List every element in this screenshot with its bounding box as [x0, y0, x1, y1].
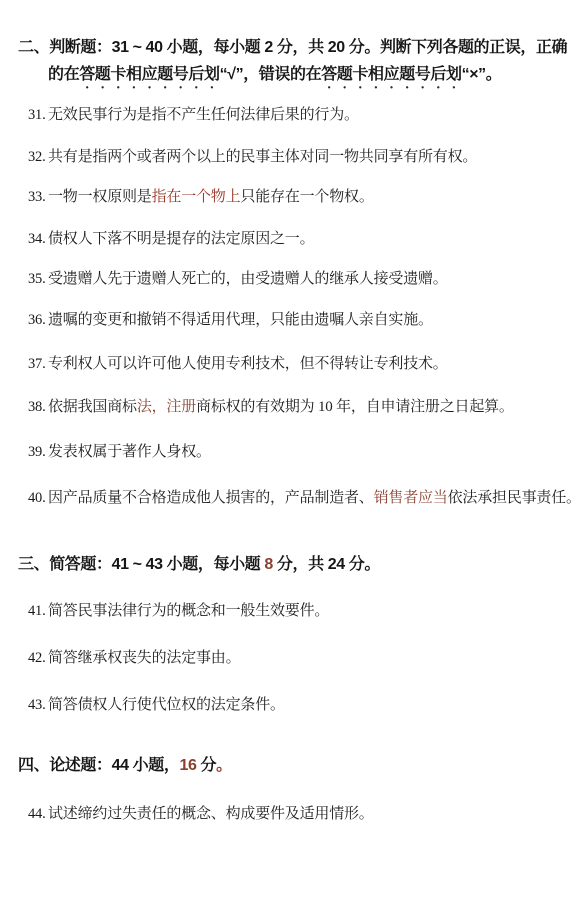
question-number: 35.	[28, 271, 48, 288]
text-segment: 遗嘱的变更和撤销不得适用代理，只能由遗嘱人亲自实施。	[48, 312, 433, 328]
question-text: 债权人下落不明是提存的法定原因之一。	[48, 227, 314, 248]
question-text: 发表权属于著作人身权。	[48, 440, 211, 461]
question-text: 简答债权人行使代位权的法定条件。	[48, 693, 285, 714]
text-segment: 发表权属于著作人身权。	[48, 444, 211, 460]
question-number: 38.	[28, 399, 48, 416]
question-42: 42. 简答继承权丧失的法定事由。	[28, 646, 240, 667]
question-number: 33.	[28, 189, 48, 206]
question-number: 36.	[28, 312, 48, 329]
text-segment: 一物一权原则是	[48, 189, 152, 205]
question-text: 共有是指两个或者两个以上的民事主体对同一物共同享有所有权。	[48, 145, 477, 166]
text-segment: 因产品质量不合格造成他人损害的，产品制造者、	[48, 490, 374, 506]
text-segment: 债权人下落不明是提存的法定原因之一。	[48, 231, 314, 247]
heading-text: 三、简答题：41 ~ 43 小题，每小题	[18, 556, 264, 573]
question-text: 受遗赠人先于遗赠人死亡的，由受遗赠人的继承人接受遗赠。	[48, 267, 448, 288]
question-32: 32. 共有是指两个或者两个以上的民事主体对同一物共同享有所有权。	[28, 145, 477, 166]
question-number: 44.	[28, 806, 48, 823]
question-text: 专利权人可以许可他人使用专利技术，但不得转让专利技术。	[48, 352, 448, 373]
question-37: 37. 专利权人可以许可他人使用专利技术，但不得转让专利技术。	[28, 352, 448, 373]
heading-text: “×”。	[462, 66, 502, 83]
question-number: 39.	[28, 444, 48, 461]
question-number: 32.	[28, 149, 48, 166]
text-segment: 专利权人可以许可他人使用专利技术，但不得转让专利技术。	[48, 356, 448, 372]
emphasized-text: 答题卡相应题号后划	[321, 66, 461, 83]
heading-text: 四、论述题：44 小题，	[18, 757, 179, 774]
section-short-heading: 三、简答题：41 ~ 43 小题，每小题 8 分，共 24 分。	[18, 551, 380, 574]
red-text-segment: 指在一个物上	[152, 189, 241, 205]
section-judge-heading-line1: 二、判断题：31 ~ 40 小题，每小题 2 分，共 20 分。判断下列各题的正…	[18, 34, 567, 57]
heading-text: 的在	[48, 66, 79, 83]
question-text: 简答继承权丧失的法定事由。	[48, 646, 240, 667]
exam-paper-page: 二、判断题：31 ~ 40 小题，每小题 2 分，共 20 分。判断下列各题的正…	[0, 0, 588, 900]
question-33: 33. 一物一权原则是指在一个物上只能存在一个物权。	[28, 185, 374, 206]
question-40: 40. 因产品质量不合格造成他人损害的，产品制造者、销售者应当依法承担民事责任。	[28, 486, 581, 507]
text-segment: 简答民事法律行为的概念和一般生效要件。	[48, 603, 329, 619]
question-38: 38. 依据我国商标法，注册商标权的有效期为 10 年，自申请注册之日起算。	[28, 395, 514, 416]
question-text: 依据我国商标法，注册商标权的有效期为 10 年，自申请注册之日起算。	[48, 395, 514, 416]
question-number: 42.	[28, 650, 48, 667]
question-number: 43.	[28, 697, 48, 714]
question-text: 简答民事法律行为的概念和一般生效要件。	[48, 599, 329, 620]
section-essay-heading: 四、论述题：44 小题，16 分。	[18, 752, 232, 775]
question-text: 因产品质量不合格造成他人损害的，产品制造者、销售者应当依法承担民事责任。	[48, 486, 581, 507]
heading-text: 二、判断题：31 ~ 40 小题，每小题 2 分，共 20 分。判断下列各题的正…	[18, 39, 567, 56]
red-text-segment: 8	[264, 556, 273, 573]
red-text-segment: 。	[216, 757, 232, 774]
red-text-segment: 法，注册	[137, 399, 196, 415]
text-segment: 共有是指两个或者两个以上的民事主体对同一物共同享有所有权。	[48, 149, 477, 165]
question-39: 39. 发表权属于著作人身权。	[28, 440, 211, 461]
heading-text: 分，共 24 分。	[273, 556, 380, 573]
text-segment: 依据我国商标	[48, 399, 137, 415]
question-35: 35. 受遗赠人先于遗赠人死亡的，由受遗赠人的继承人接受遗赠。	[28, 267, 448, 288]
question-44: 44. 试述缔约过失责任的概念、构成要件及适用情形。	[28, 802, 374, 823]
question-number: 40.	[28, 490, 48, 507]
question-number: 41.	[28, 603, 48, 620]
question-number: 31.	[28, 107, 48, 124]
emphasized-text: 答题卡相应题号后划	[79, 66, 219, 83]
text-segment: 受遗赠人先于遗赠人死亡的，由受遗赠人的继承人接受遗赠。	[48, 271, 448, 287]
question-number: 37.	[28, 356, 48, 373]
text-segment: 简答债权人行使代位权的法定条件。	[48, 697, 285, 713]
text-segment: 商标权的有效期为 10 年，自申请注册之日起算。	[196, 399, 514, 415]
heading-text: “√”，错误的在	[220, 66, 322, 83]
text-segment: 无效民事行为是指不产生任何法律后果的行为。	[48, 107, 359, 123]
question-41: 41. 简答民事法律行为的概念和一般生效要件。	[28, 599, 329, 620]
question-text: 遗嘱的变更和撤销不得适用代理，只能由遗嘱人亲自实施。	[48, 308, 433, 329]
red-text-segment: 销售者应当	[374, 490, 448, 506]
question-36: 36. 遗嘱的变更和撤销不得适用代理，只能由遗嘱人亲自实施。	[28, 308, 433, 329]
question-number: 34.	[28, 231, 48, 248]
text-segment: 依法承担民事责任。	[448, 490, 581, 506]
heading-text: 分	[196, 757, 216, 774]
question-34: 34. 债权人下落不明是提存的法定原因之一。	[28, 227, 314, 248]
question-text: 无效民事行为是指不产生任何法律后果的行为。	[48, 103, 359, 124]
question-31: 31. 无效民事行为是指不产生任何法律后果的行为。	[28, 103, 359, 124]
question-text: 试述缔约过失责任的概念、构成要件及适用情形。	[48, 802, 374, 823]
red-text-segment: 16	[179, 757, 196, 774]
question-text: 一物一权原则是指在一个物上只能存在一个物权。	[48, 185, 374, 206]
text-segment: 简答继承权丧失的法定事由。	[48, 650, 240, 666]
text-segment: 试述缔约过失责任的概念、构成要件及适用情形。	[48, 806, 374, 822]
section-judge-heading-line2: 的在答题卡相应题号后划“√”，错误的在答题卡相应题号后划“×”。	[48, 61, 501, 92]
question-43: 43. 简答债权人行使代位权的法定条件。	[28, 693, 285, 714]
text-segment: 只能存在一个物权。	[240, 189, 373, 205]
